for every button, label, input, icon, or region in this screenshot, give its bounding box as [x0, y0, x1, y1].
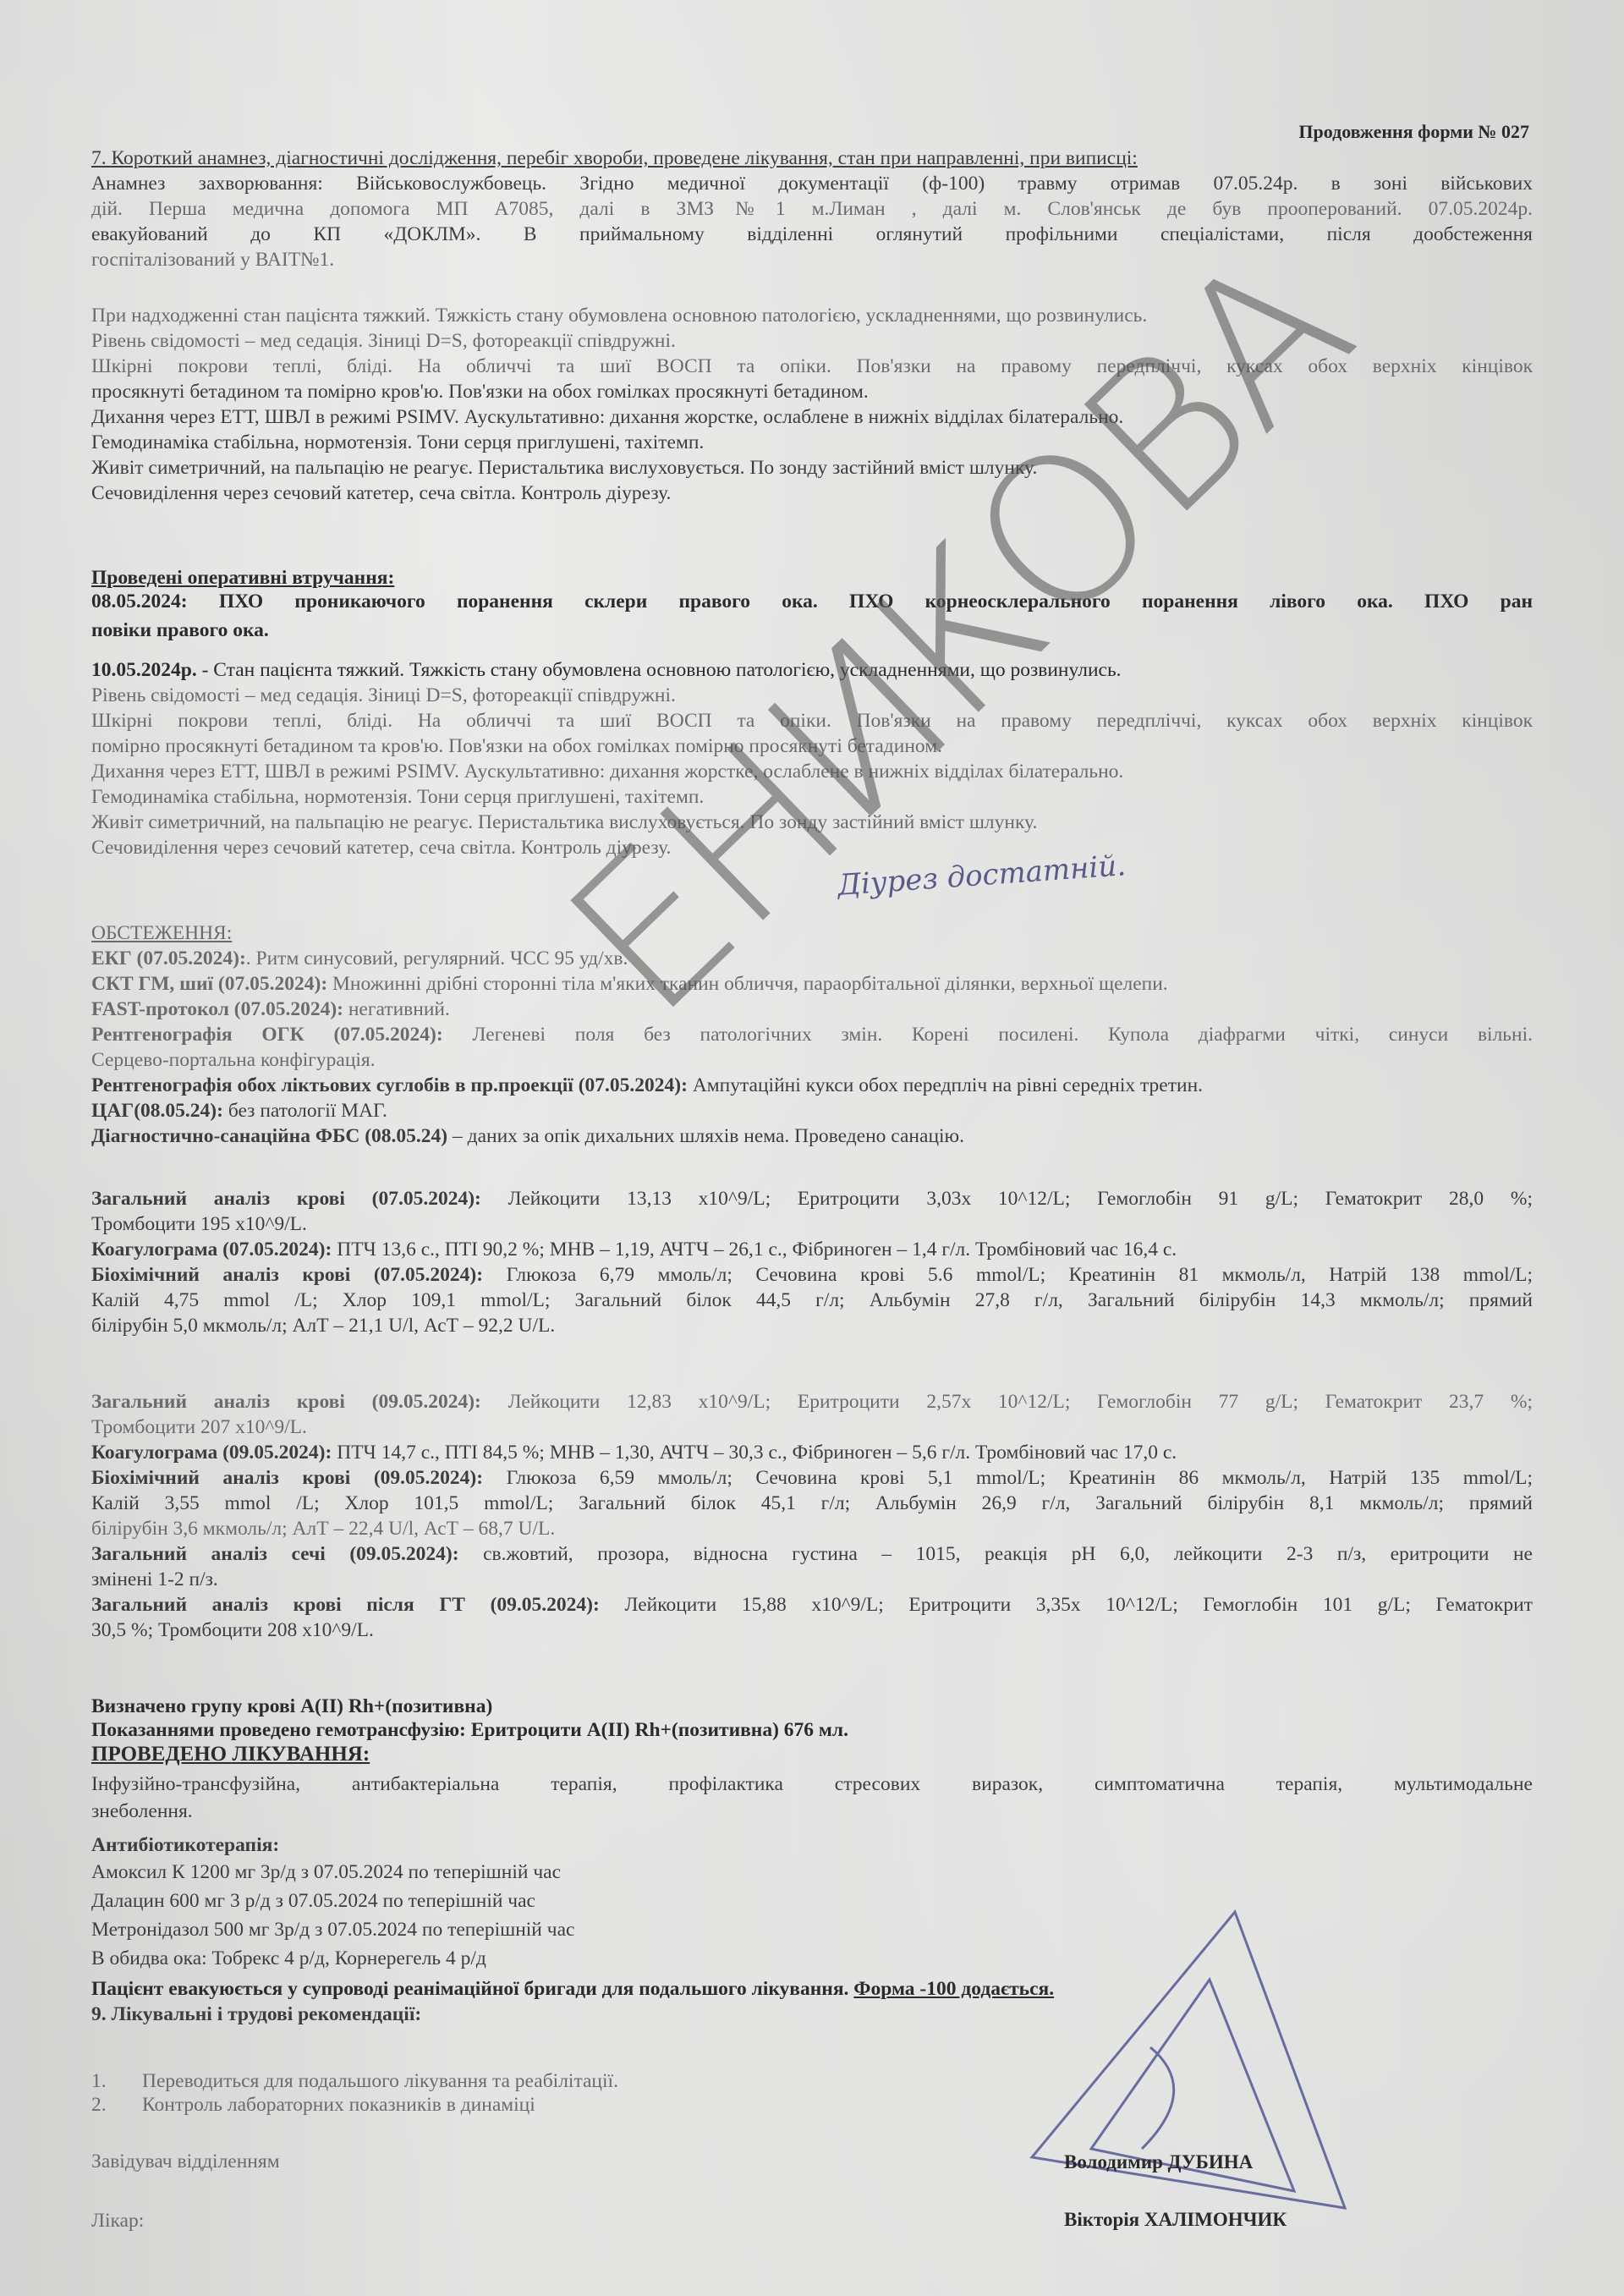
examination-line: СКТ ГМ, шиї (07.05.2024): Множинні дрібн…: [91, 971, 1533, 997]
transfusion: Показаннями проведено гемотрансфузію: Ер…: [91, 1717, 1533, 1743]
triangle-stamp-icon: [998, 1903, 1353, 2242]
lab-09-05-line: Коагулограма (09.05.2024): ПТЧ 14,7 с., …: [91, 1440, 1533, 1465]
status-10-05-line: Сечовиділення через сечовий катетер, сеч…: [91, 835, 1533, 860]
admission-status-line: Гемодинаміка стабільна, нормотензія. Тон…: [91, 430, 1533, 455]
examinations-title: ОБСТЕЖЕННЯ:: [91, 920, 1533, 946]
lab-09-05-line: Загальний аналіз сечі (09.05.2024): св.ж…: [91, 1541, 1533, 1567]
doctor-signature-name: Вікторія ХАЛІМОНЧИК: [1064, 2209, 1287, 2231]
operations-line-2: повіки правого ока.: [91, 618, 1533, 643]
head-signature-name: Володимир ДУБИНА: [1064, 2151, 1253, 2173]
admission-status-line: Сечовиділення через сечовий катетер, сеч…: [91, 481, 1533, 506]
lab-09-05-line: Загальний аналіз крові (09.05.2024): Лей…: [91, 1389, 1533, 1414]
lab-09-05-line: Тромбоцити 207 х10^9/L.: [91, 1414, 1533, 1440]
status-10-05-line: Шкірні покрови теплі, бліді. На обличчі …: [91, 708, 1533, 733]
antibiotic-item: Амоксил К 1200 мг 3р/д з 07.05.2024 по т…: [91, 1859, 1533, 1885]
status-10-05-line: Дихання через ЕТТ, ШВЛ в режимі PSIMV. А…: [91, 759, 1533, 784]
admission-status-line: Рівень свідомості – мед седація. Зіниці …: [91, 328, 1533, 354]
status-10-05-line: Живіт симетричний, на пальпацію не реагу…: [91, 810, 1533, 835]
operations-title: Проведені оперативні втручання:: [91, 565, 1533, 590]
antibiotics-title: Антибіотикотерапія:: [91, 1832, 1533, 1858]
lab-09-05-line: білірубін 3,6 мкмоль/л; АлТ – 22,4 U/l, …: [91, 1516, 1533, 1541]
status-10-05-line-1: 10.05.2024р. - Стан пацієнта тяжкий. Тяж…: [91, 657, 1533, 683]
anamnesis-line: госпіталізований у ВАІТ№1.: [91, 247, 1533, 272]
lab-07-05-line: Коагулограма (07.05.2024): ПТЧ 13,6 с., …: [91, 1237, 1533, 1262]
lab-09-05-line: 30,5 %; Тромбоцити 208 х10^9/L.: [91, 1618, 1533, 1643]
lab-09-05-line: Загальний аналіз крові після ГТ (09.05.2…: [91, 1592, 1533, 1618]
examination-line: FAST-протокол (07.05.2024): негативний.: [91, 997, 1533, 1022]
document-page: Продовження форми № 027 7. Короткий анам…: [0, 0, 1624, 2296]
status-10-05-line: Рівень свідомості – мед седація. Зіниці …: [91, 683, 1533, 708]
blood-group: Визначено групу крові А(II) Rh+(позитивн…: [91, 1694, 1533, 1719]
status-10-05-line: помірно просякнуті бетадином та кров'ю. …: [91, 733, 1533, 759]
form-continuation-header: Продовження форми № 027: [1298, 121, 1529, 143]
examination-line: Рентгенографія обох ліктьових суглобів в…: [91, 1073, 1533, 1098]
status-10-05-line: Гемодинаміка стабільна, нормотензія. Тон…: [91, 784, 1533, 810]
treatment-line-1: Інфузійно-трансфузійна, антибактеріальна…: [91, 1771, 1533, 1797]
examination-line: Серцево-портальна конфігурація.: [91, 1047, 1533, 1073]
lab-07-05-line: Біохімічний аналіз крові (07.05.2024): Г…: [91, 1262, 1533, 1288]
admission-status-line: Живіт симетричний, на пальпацію не реагу…: [91, 455, 1533, 481]
operations-line-1: 08.05.2024: ПХО проникаючого поранення с…: [91, 589, 1533, 614]
treatment-title: ПРОВЕДЕНО ЛІКУВАННЯ:: [91, 1742, 1533, 1767]
treatment-line-2: знеболення.: [91, 1799, 1533, 1824]
lab-07-05-line: Калій 4,75 mmol /L; Хлор 109,1 mmol/L; З…: [91, 1288, 1533, 1313]
anamnesis-line: дій. Перша медична допомога МП А7085, да…: [91, 196, 1533, 222]
examination-line: Діагностично-санаційна ФБС (08.05.24) – …: [91, 1123, 1533, 1149]
lab-09-05-line: Біохімічний аналіз крові (09.05.2024): Г…: [91, 1465, 1533, 1491]
lab-07-05-line: білірубін 5,0 мкмоль/л; АлТ – 21,1 U/l, …: [91, 1313, 1533, 1338]
admission-status-line: Дихання через ЕТТ, ШВЛ в режимі PSIMV. А…: [91, 404, 1533, 430]
examination-line: ЦАГ(08.05.24): без патології МАГ.: [91, 1098, 1533, 1123]
anamnesis-line: евакуйований до КП «ДОКЛМ». В приймально…: [91, 222, 1533, 247]
admission-status-line: При надходженні стан пацієнта тяжкий. Тя…: [91, 303, 1533, 328]
section-7-title: 7. Короткий анамнез, діагностичні дослід…: [91, 146, 1533, 171]
admission-status-line: Шкірні покрови теплі, бліді. На обличчі …: [91, 354, 1533, 379]
examination-line: ЕКГ (07.05.2024):. Ритм синусовий, регул…: [91, 946, 1533, 971]
lab-07-05-line: Тромбоцити 195 х10^9/L.: [91, 1211, 1533, 1237]
lab-09-05-line: змінені 1-2 п/з.: [91, 1567, 1533, 1592]
anamnesis-line: Анамнез захворювання: Військовослужбовец…: [91, 171, 1533, 196]
examination-line: Рентгенографія ОГК (07.05.2024): Легенев…: [91, 1022, 1533, 1047]
lab-09-05-line: Калій 3,55 mmol /L; Хлор 101,5 mmol/L; З…: [91, 1491, 1533, 1516]
admission-status-line: просякнуті бетадином та помірно кров'ю. …: [91, 379, 1533, 404]
lab-07-05-line: Загальний аналіз крові (07.05.2024): Лей…: [91, 1186, 1533, 1211]
